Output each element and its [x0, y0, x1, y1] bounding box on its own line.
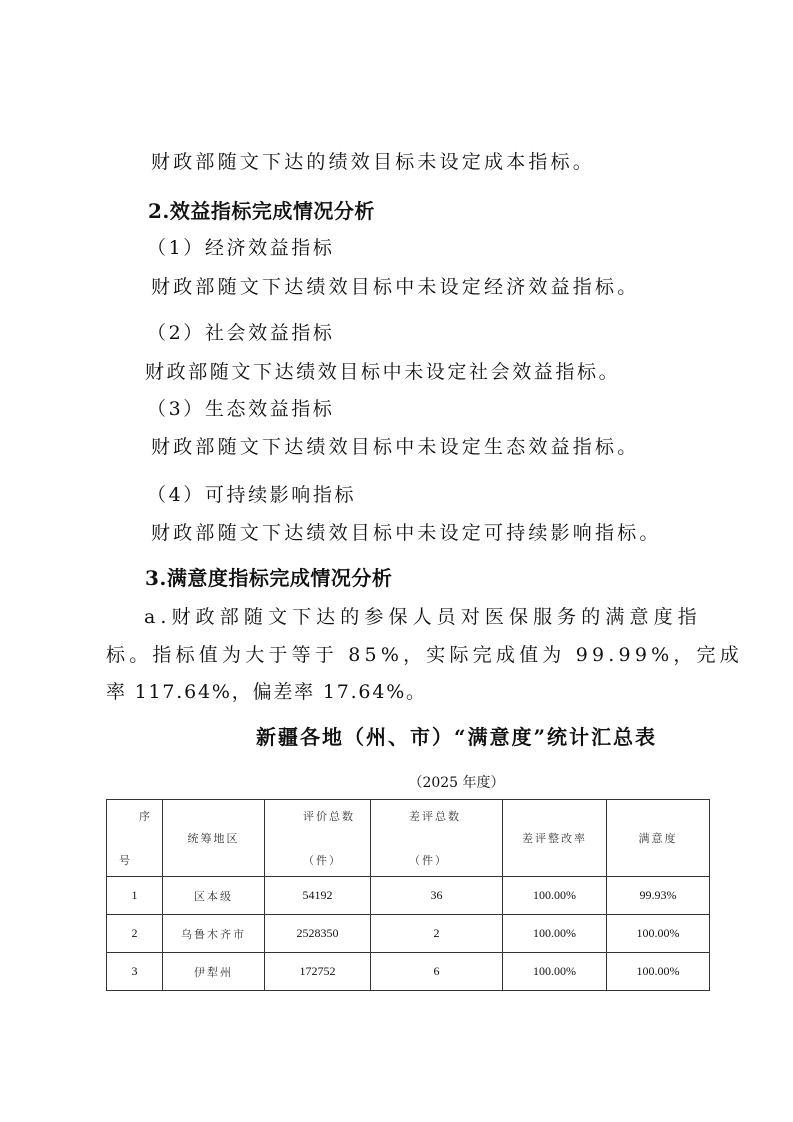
cell-seq: 3 [107, 953, 163, 991]
table-row: 1 区本级 54192 36 100.00% 99.93% [107, 877, 710, 915]
cell-total-reviews: 172752 [265, 953, 371, 991]
cell-seq: 1 [107, 877, 163, 915]
ecological-benefit-heading: （3）生态效益指标 [147, 397, 335, 421]
cell-negative-reviews: 36 [371, 877, 503, 915]
cell-satisfaction: 100.00% [607, 953, 710, 991]
economic-benefit-heading: （1）经济效益指标 [147, 236, 335, 260]
social-benefit-text: 财政部随文下达绩效目标中未设定社会效益指标。 [145, 360, 620, 384]
header-total-reviews: 评价总数 （件） [265, 800, 371, 877]
table-header-row: 序 号 统筹地区 评价总数 （件） 差评总数 （件） 差评整改率 [107, 800, 710, 877]
table-row: 2 乌鲁木齐市 2528350 2 100.00% 100.00% [107, 915, 710, 953]
table-subtitle: （2025 年度） [0, 772, 793, 792]
economic-benefit-text: 财政部随文下达绩效目标中未设定经济效益指标。 [151, 275, 639, 299]
header-negative-reviews: 差评总数 （件） [371, 800, 503, 877]
cell-rectification-rate: 100.00% [503, 877, 607, 915]
cell-region: 区本级 [163, 877, 265, 915]
header-seq: 序 号 [107, 800, 163, 877]
satisfaction-table: 序 号 统筹地区 评价总数 （件） 差评总数 （件） 差评整改率 [106, 799, 710, 991]
cell-satisfaction: 100.00% [607, 915, 710, 953]
cell-negative-reviews: 2 [371, 915, 503, 953]
cell-satisfaction: 99.93% [607, 877, 710, 915]
cell-region: 伊犁州 [163, 953, 265, 991]
satisfaction-paragraph-line-3: 率 117.64%，偏差率 17.64%。 [106, 680, 427, 704]
social-benefit-heading: （2）社会效益指标 [147, 321, 335, 345]
satisfaction-paragraph-line-2: 标。指标值为大于等于 85%，实际完成值为 99.99%，完成 [106, 643, 743, 667]
table-row: 3 伊犁州 172752 6 100.00% 100.00% [107, 953, 710, 991]
cost-indicator-note: 财政部随文下达的绩效目标未设定成本指标。 [151, 150, 595, 174]
sustainable-impact-text: 财政部随文下达绩效目标中未设定可持续影响指标。 [151, 521, 662, 545]
ecological-benefit-text: 财政部随文下达绩效目标中未设定生态效益指标。 [151, 435, 639, 459]
cell-rectification-rate: 100.00% [503, 953, 607, 991]
section-3-heading: 3.满意度指标完成情况分析 [145, 566, 392, 590]
section-2-heading: 2.效益指标完成情况分析 [148, 199, 375, 223]
table-title: 新疆各地（州、市）“满意度”统计汇总表 [0, 721, 793, 750]
header-rectification-rate: 差评整改率 [503, 800, 607, 877]
cell-negative-reviews: 6 [371, 953, 503, 991]
sustainable-impact-heading: （4）可持续影响指标 [147, 483, 356, 507]
cell-total-reviews: 2528350 [265, 915, 371, 953]
cell-rectification-rate: 100.00% [503, 915, 607, 953]
cell-total-reviews: 54192 [265, 877, 371, 915]
cell-region: 乌鲁木齐市 [163, 915, 265, 953]
header-region: 统筹地区 [163, 800, 265, 877]
satisfaction-paragraph-line-1: a.财政部随文下达的参保人员对医保服务的满意度指 [144, 605, 702, 629]
cell-seq: 2 [107, 915, 163, 953]
header-satisfaction: 满意度 [607, 800, 710, 877]
